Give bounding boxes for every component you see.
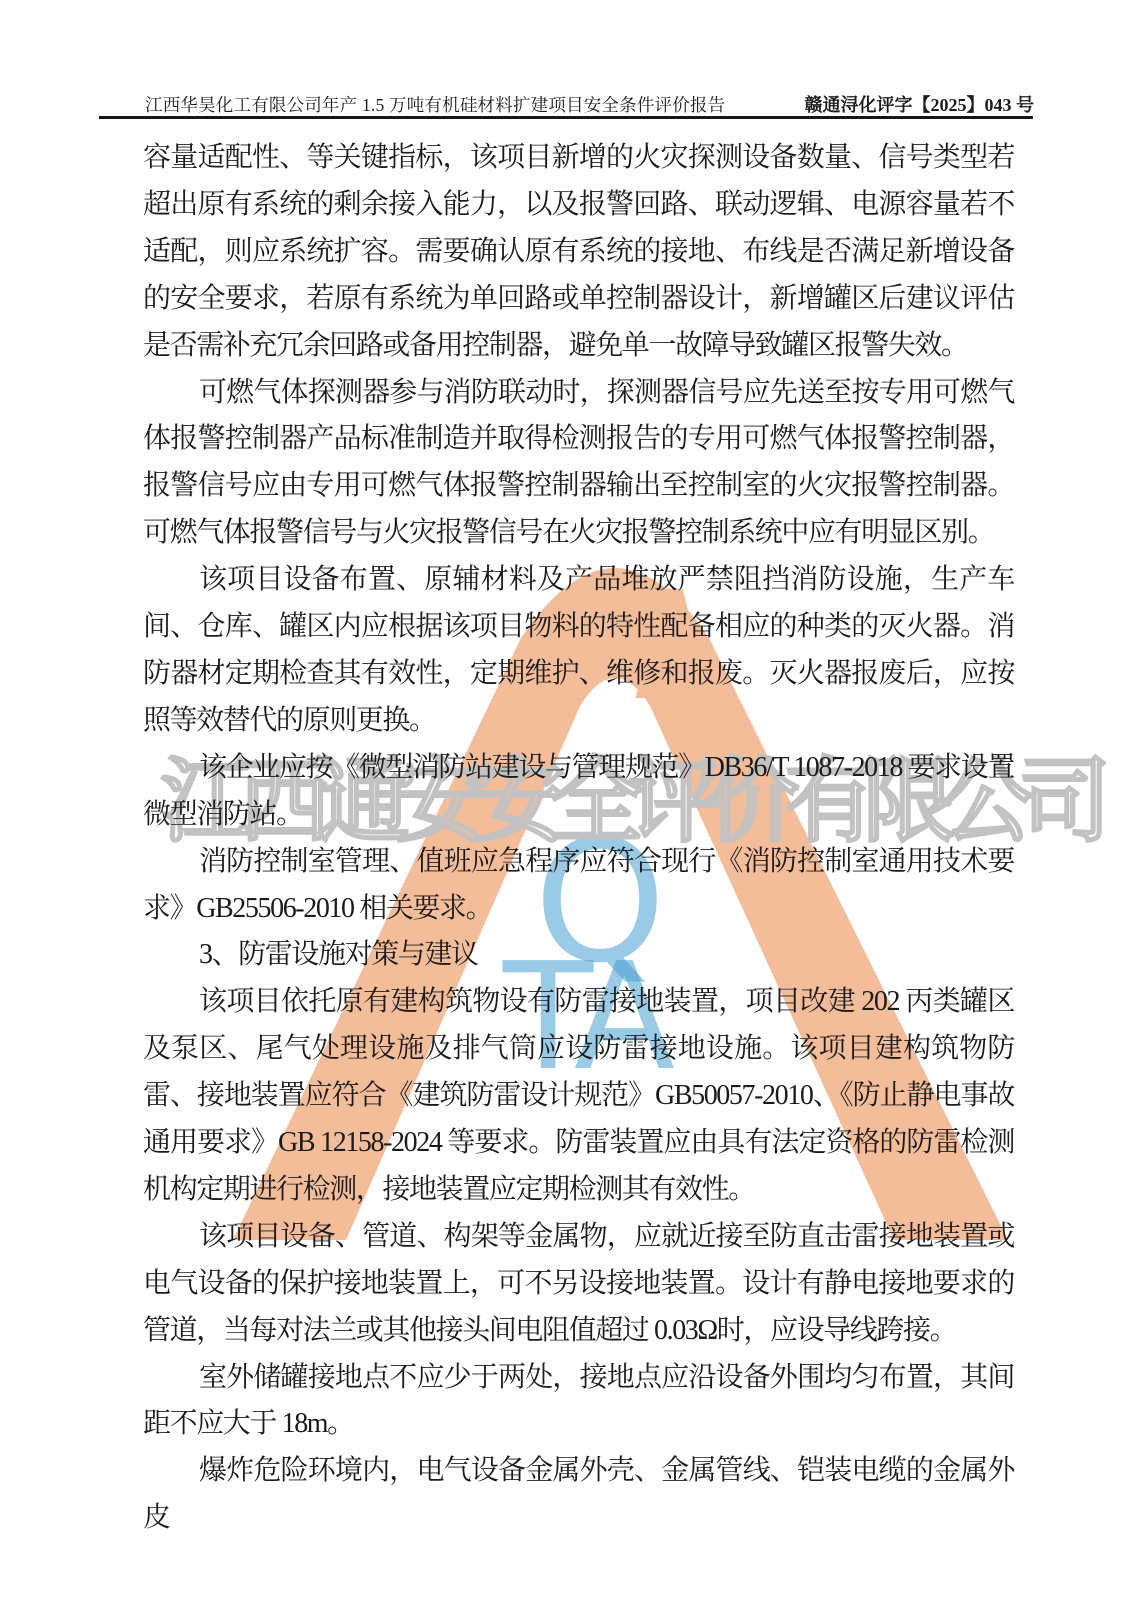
paragraph: 该项目设备布置、原辅材料及产品堆放严禁阻挡消防设施，生产车间、仓库、罐区内应根据… bbox=[143, 557, 1014, 745]
section-heading: 3、防雷设施对策与建议 bbox=[143, 932, 1014, 979]
paragraph: 该项目依托原有建构筑物设有防雷接地装置，项目改建 202 丙类罐区及泵区、尾气处… bbox=[143, 979, 1014, 1214]
paragraph: 爆炸危险环境内，电气设备金属外壳、金属管线、铠装电缆的金属外皮 bbox=[143, 1448, 1014, 1542]
body-text: 容量适配性、等关键指标，该项目新增的火灾探测设备数量、信号类型若超出原有系统的剩… bbox=[143, 135, 1014, 1542]
header-rule bbox=[99, 116, 1033, 119]
paragraph: 消防控制室管理、值班应急程序应符合现行《消防控制室通用技术要求》GB25506-… bbox=[143, 839, 1014, 933]
paragraph: 可燃气体探测器参与消防联动时，探测器信号应先送至按专用可燃气体报警控制器产品标准… bbox=[143, 370, 1014, 558]
paragraph: 容量适配性、等关键指标，该项目新增的火灾探测设备数量、信号类型若超出原有系统的剩… bbox=[143, 135, 1014, 370]
header-document-number: 赣通浔化评字【2025】043 号 bbox=[805, 91, 1035, 117]
paragraph: 室外储罐接地点不应少于两处，接地点应沿设备外围均匀布置，其间距不应大于 18m。 bbox=[143, 1355, 1014, 1449]
paragraph: 该企业应按《微型消防站建设与管理规范》DB36/T 1087-2018 要求设置… bbox=[143, 745, 1014, 839]
document-page: A Q TA 江西通安安全评价有限公司 江西华昊化工有限公司年产 1.5 万吨有… bbox=[0, 0, 1131, 1600]
header-report-title: 江西华昊化工有限公司年产 1.5 万吨有机硅材料扩建项目安全条件评价报告 bbox=[145, 92, 725, 117]
paragraph: 该项目设备、管道、构架等金属物，应就近接至防直击雷接地装置或电气设备的保护接地装… bbox=[143, 1214, 1014, 1355]
